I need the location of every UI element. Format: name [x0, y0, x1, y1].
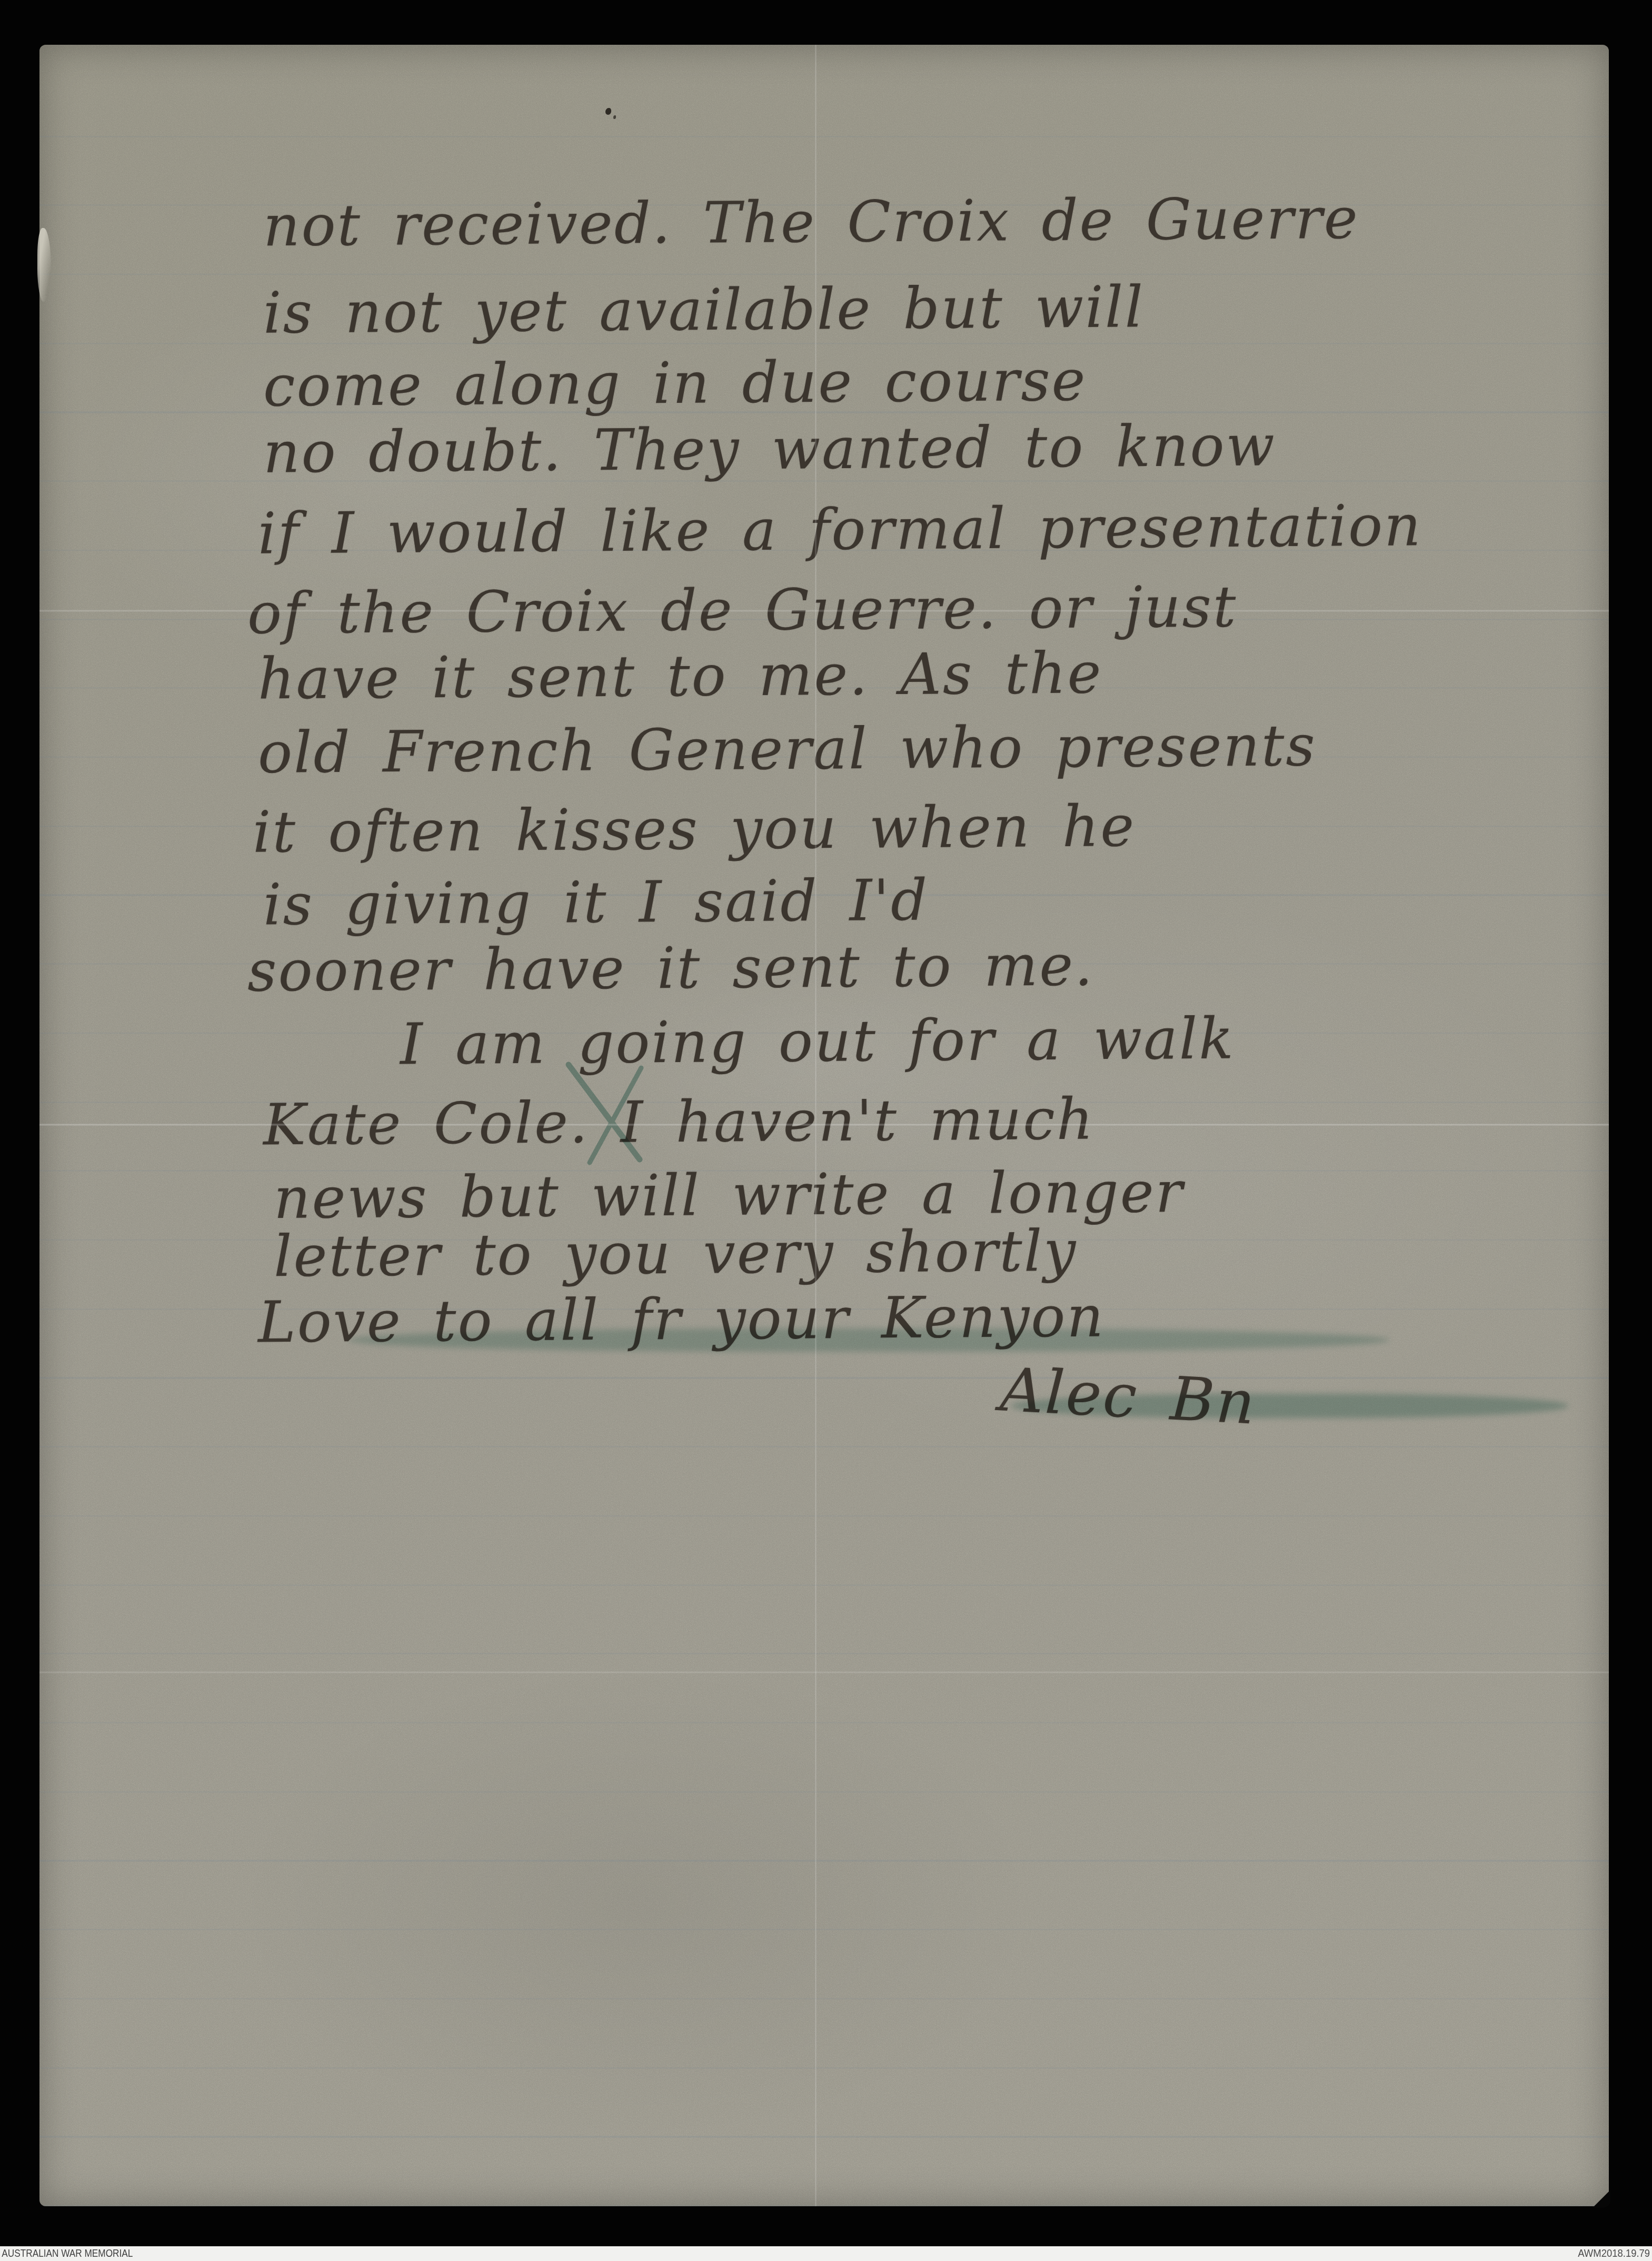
paper-tear [37, 228, 51, 302]
fold-crease-horizontal-upper [39, 609, 1609, 612]
signature: Alec Bn [999, 1354, 1258, 1437]
handwriting-line: if I would like a formal presentation [258, 493, 1422, 567]
handwriting-line: is giving it I said I'd [263, 868, 929, 938]
handwriting-line: not received. The Croix de Guerre [263, 186, 1360, 260]
fold-crease-horizontal-middle [39, 1123, 1609, 1126]
handwriting-line: Love to all fr your Kenyon [258, 1284, 1106, 1355]
handwriting-line: old French General who presents [258, 713, 1317, 786]
blue-pencil-x-mark [553, 1058, 684, 1169]
fold-crease-vertical [814, 45, 817, 2206]
handwriting-line: news but will write a longer [274, 1159, 1185, 1232]
catalogue-number: AWM2018.19.79 [1578, 2247, 1652, 2260]
handwriting-line: I am going out for a walk [400, 1006, 1235, 1077]
handwriting-line: no doubt. They wanted to know [263, 413, 1277, 485]
handwriting-line: is not yet available but will [263, 274, 1145, 346]
handwriting-line: sooner have it sent to me. [247, 933, 1094, 1004]
corner-fold [1593, 2190, 1610, 2208]
fold-crease-horizontal-lower [39, 1671, 1609, 1674]
blue-pencil-underline-signature [1011, 1394, 1569, 1418]
watermark-institution: AUSTRALIAN WAR MEMORIAL [0, 2247, 133, 2260]
paper-grain-texture [39, 45, 1609, 2206]
ruled-lines [39, 45, 1609, 2206]
scan-stage: not received. The Croix de Guerre is not… [0, 0, 1652, 2261]
footer-strip: AUSTRALIAN WAR MEMORIAL AWM2018.19.79 [0, 2246, 1652, 2261]
handwriting-line: Kate Cole. I haven't much [263, 1086, 1095, 1158]
ink-speck [605, 108, 611, 115]
handwriting-line: come along in due course [263, 348, 1087, 420]
handwriting-line: letter to you very shortly [274, 1218, 1078, 1290]
handwriting-line: it often kisses you when he [253, 794, 1136, 866]
handwriting-line: of the Croix de Guerre. or just [247, 574, 1238, 647]
blue-pencil-underline-closing [347, 1328, 1390, 1352]
letter-paper: not received. The Croix de Guerre is not… [39, 45, 1609, 2206]
handwriting-line: have it sent to me. As the [258, 640, 1103, 712]
